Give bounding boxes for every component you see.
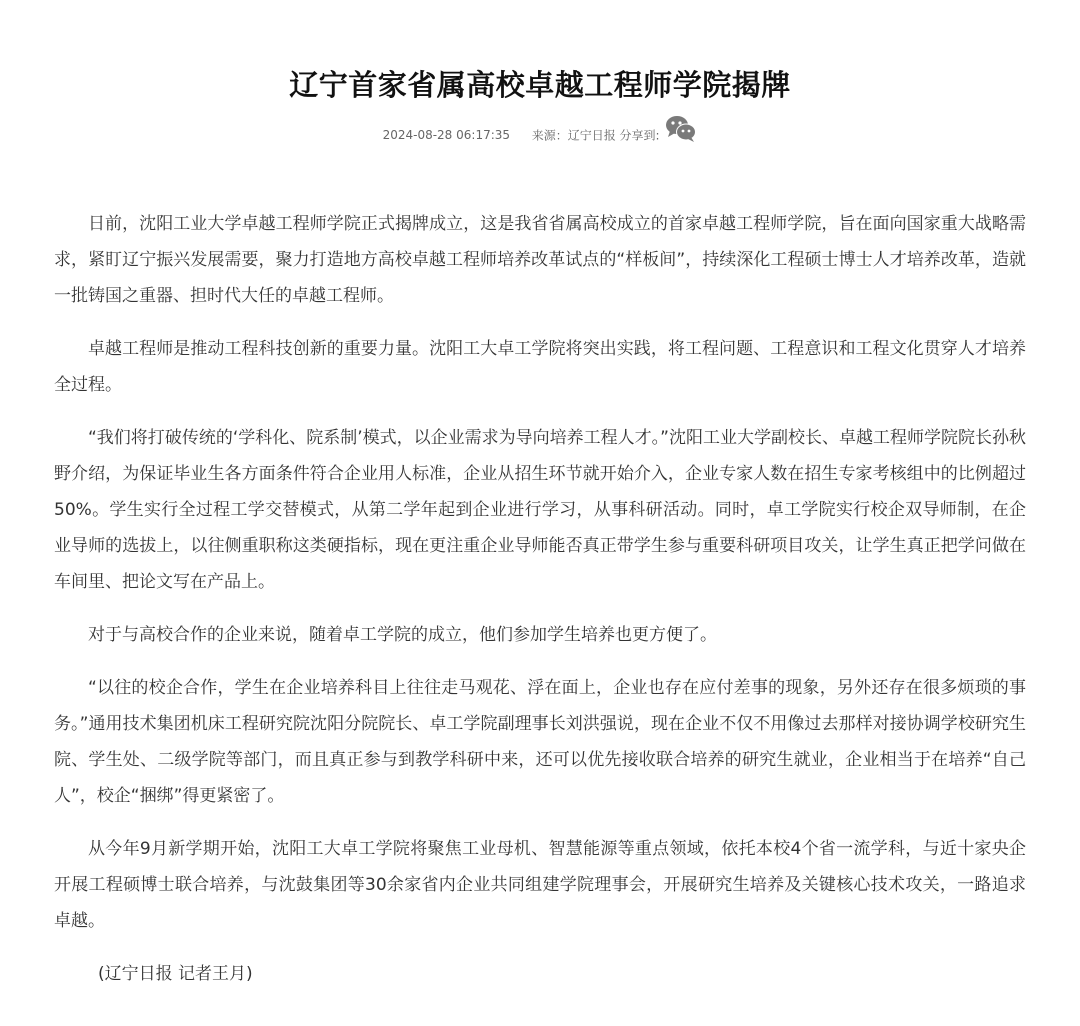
- article-paragraph: “以往的校企合作，学生在企业培养科目上往往走马观花、浮在面上，企业也存在应付差事…: [54, 670, 1026, 814]
- article-meta: 2024-08-28 06:17:35 来源：辽宁日报 分享到:: [0, 121, 1080, 151]
- article-paragraph: 卓越工程师是推动工程科技创新的重要力量。沈阳工大卓工学院将突出实践，将工程问题、…: [54, 331, 1026, 403]
- article-paragraph: “我们将打破传统的‘学科化、院系制’模式，以企业需求为导向培养工程人才。”沈阳工…: [54, 420, 1026, 600]
- article-paragraph: 从今年9月新学期开始，沈阳工大卓工学院将聚焦工业母机、智慧能源等重点领域，依托本…: [54, 831, 1026, 939]
- article-byline: (辽宁日报 记者王月): [54, 956, 1026, 992]
- article-body: 日前，沈阳工业大学卓越工程师学院正式揭牌成立，这是我省省属高校成立的首家卓越工程…: [54, 206, 1026, 1009]
- wechat-share-button[interactable]: [665, 115, 697, 143]
- wechat-icon: [665, 115, 697, 143]
- publish-datetime: 2024-08-28 06:17:35: [383, 128, 510, 142]
- article-source: 来源：辽宁日报: [532, 129, 616, 143]
- article-paragraph: 日前，沈阳工业大学卓越工程师学院正式揭牌成立，这是我省省属高校成立的首家卓越工程…: [54, 206, 1026, 314]
- share-label: 分享到:: [620, 129, 660, 143]
- article-title: 辽宁首家省属高校卓越工程师学院揭牌: [0, 63, 1080, 104]
- article-paragraph: 对于与高校合作的企业来说，随着卓工学院的成立，他们参加学生培养也更方便了。: [54, 617, 1026, 653]
